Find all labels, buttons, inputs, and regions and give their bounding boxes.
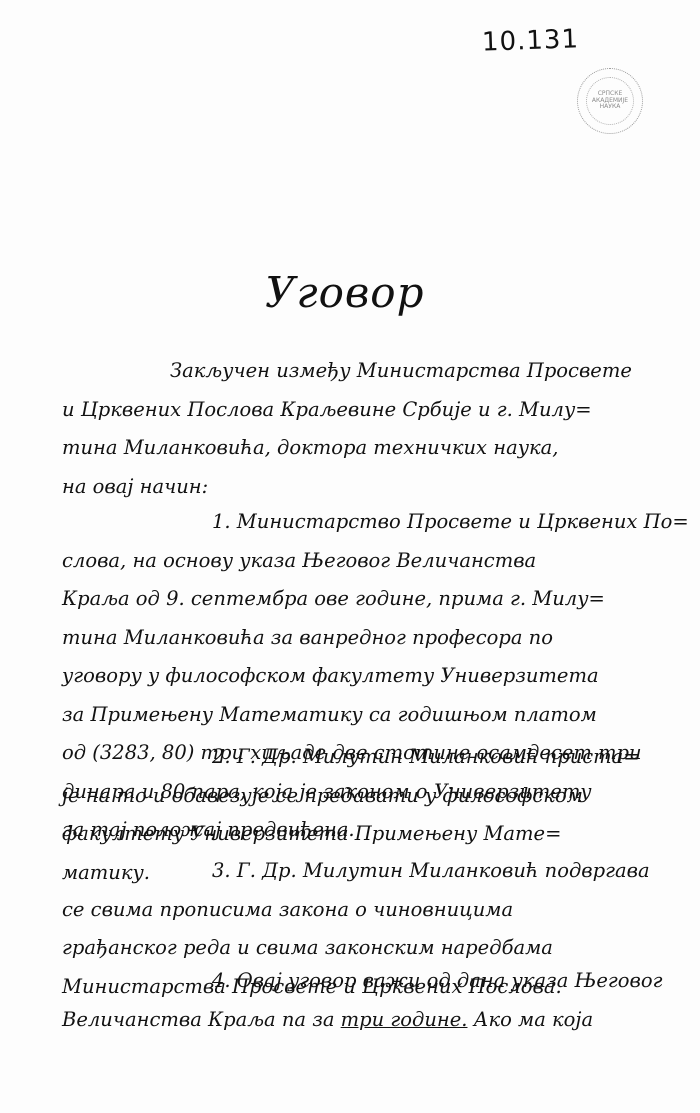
intro-line: и Црквених Послова Краљевине Србије и г.… <box>62 391 674 430</box>
clause-line: факултету Универзитета Примењену Мате= <box>62 815 674 854</box>
clause-text: Величанства Краља па за <box>62 1008 341 1031</box>
stamp-text: СРПСКЕ АКАДЕМИЈЕ НАУКА <box>578 69 642 133</box>
clause-line: 2. Г. Др. Милутин Миланковић приста= <box>62 738 674 777</box>
clause-line: 4. Овај уговор важи од дана указа Његово… <box>62 962 674 1001</box>
clause-line: за Примењену Математику са годишњом плат… <box>62 696 674 735</box>
archive-number: 10.131 <box>482 24 580 57</box>
clause-line: слова, на основу указа Његовог Величанст… <box>62 542 674 581</box>
clause-line: 1. Министарство Просвете и Црквених По= <box>62 503 674 542</box>
underlined-term: три године. <box>341 1008 468 1031</box>
intro-line: Закључен између Министарства Просвете <box>62 352 674 391</box>
clause-4: 4. Овај уговор важи од дана указа Његово… <box>62 962 674 1039</box>
clause-text: Ако ма која <box>467 1008 593 1031</box>
document-page: 10.131 СРПСКЕ АКАДЕМИЈЕ НАУКА Уговор Зак… <box>0 0 700 1113</box>
intro-line: на овај начин: <box>62 468 674 507</box>
clause-line: се свима прописима закона о чиновницима <box>62 891 674 930</box>
clause-line: уговору у философском факултету Универзи… <box>62 657 674 696</box>
intro-line: тина Миланковића, доктора техничких наук… <box>62 429 674 468</box>
document-title: Уговор <box>265 268 424 317</box>
clause-line: је на то и обавезује се предавати у фило… <box>62 777 674 816</box>
clause-line-with-underline: Величанства Краља па за три године. Ако … <box>62 1001 674 1040</box>
clause-line: 3. Г. Др. Милутин Миланковић подвргава <box>62 852 674 891</box>
archive-stamp: СРПСКЕ АКАДЕМИЈЕ НАУКА <box>577 68 643 134</box>
clause-line: Краља од 9. септембра ове године, прима … <box>62 580 674 619</box>
clause-line: тина Миланковића за ванредног професора … <box>62 619 674 658</box>
intro-paragraph: Закључен између Министарства Просвете и … <box>62 352 674 506</box>
